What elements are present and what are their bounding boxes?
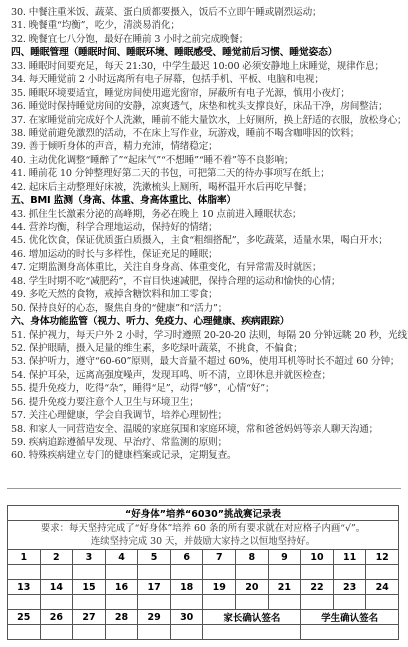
check-cell[interactable]: [105, 625, 138, 640]
day-label: 21: [268, 580, 301, 595]
check-cell[interactable]: [40, 625, 73, 640]
list-item: 35. 睡眠环境要适宜，睡觉房间使用遮光窗帘，屏蔽所有电子光源，慎用小夜灯；: [11, 87, 406, 100]
list-item: 43. 抓住生长激素分泌的高峰期，务必在晚上 10 点前进入睡眠状态；: [11, 208, 406, 221]
check-row-1: [8, 565, 399, 580]
list-item: 38. 睡觉前避免激烈的活动，不在床上写作业，玩游戏，睡前不喝含咖啡因的饮料；: [11, 127, 406, 140]
day-label: 1: [8, 550, 41, 565]
check-cell[interactable]: [268, 595, 301, 610]
check-cell[interactable]: [170, 565, 203, 580]
list-item: 50. 保持良好的心态，聚焦自身的“健康”和“活力”；: [11, 302, 406, 315]
check-cell[interactable]: [73, 595, 106, 610]
day-label: 25: [8, 610, 41, 625]
day-label: 24: [366, 580, 399, 595]
student-signature-label: 学生确认签名: [301, 610, 399, 625]
list-item: 37. 在家睡觉前完成好个人洗漱，睡前不能大量饮水，上好厕所，换上舒适的衣服，放…: [11, 114, 406, 127]
list-item: 39. 善于倾听身体的声音，精力充沛，情绪稳定；: [11, 140, 406, 153]
section-heading: 五、BMI 监测（身高、体重、身高体重比、体脂率）: [11, 194, 406, 207]
day-label: 9: [268, 550, 301, 565]
check-cell[interactable]: [236, 565, 269, 580]
table-requirement: 要求：每天坚持完成了“好身体”培养 60 条的所有要求就在对应格子内画“√”。 …: [8, 521, 399, 550]
check-cell[interactable]: [73, 565, 106, 580]
list-item: 52. 保护眼睛，摄入足量的维生素，多吃绿叶蔬菜，不挑食，不偏食；: [11, 342, 406, 355]
parent-signature-field[interactable]: [203, 625, 301, 640]
day-label: 2: [40, 550, 73, 565]
day-label: 28: [105, 610, 138, 625]
check-row-3: [8, 625, 399, 640]
day-label: 8: [236, 550, 269, 565]
list-item: 30. 中餐注重米饭、蔬菜、蛋白质都要摄入，饭后不立即午睡或剧烈运动；: [11, 6, 406, 19]
check-cell[interactable]: [105, 595, 138, 610]
day-label: 16: [105, 580, 138, 595]
check-cell[interactable]: [40, 595, 73, 610]
list-item: 34. 每天睡觉前 2 小时远离所有电子屏幕，包括手机、平板、电脑和电视；: [11, 73, 406, 86]
day-label: 6: [170, 550, 203, 565]
check-cell[interactable]: [73, 625, 106, 640]
day-label: 27: [73, 610, 106, 625]
list-item: 31. 晚餐重“均衡”，吃少，清淡易消化；: [11, 19, 406, 32]
day-label: 3: [73, 550, 106, 565]
list-item: 58. 和家人一同营造安全、温暖的家庭氛围和家庭环境，常和爸爸妈妈等亲人聊天沟通…: [11, 423, 406, 436]
day-number-row-2: 13 14 15 16 17 18 19 20 21 22 23 24: [8, 580, 399, 595]
check-cell[interactable]: [8, 595, 41, 610]
day-label: 5: [138, 550, 171, 565]
list-item: 47. 定期监测身高体重比，关注自身身高、体重变化，有异常需及时就医；: [11, 261, 406, 274]
section-heading: 六、身体功能监管（视力、听力、免疫力、心理健康、疾病跟踪）: [11, 315, 406, 328]
list-item: 55. 提升免疫力，吃得“杂”，睡得“足”，动得“够”，心情“好”；: [11, 382, 406, 395]
check-cell[interactable]: [170, 625, 203, 640]
check-cell[interactable]: [301, 595, 334, 610]
day-label: 22: [301, 580, 334, 595]
check-cell[interactable]: [203, 595, 236, 610]
day-number-row-1: 1 2 3 4 5 6 7 8 9 10 11 12: [8, 550, 399, 565]
day-label: 19: [203, 580, 236, 595]
day-label: 30: [170, 610, 203, 625]
check-cell[interactable]: [138, 625, 171, 640]
check-cell[interactable]: [333, 595, 366, 610]
day-label: 15: [73, 580, 106, 595]
day-label: 10: [301, 550, 334, 565]
check-cell[interactable]: [366, 595, 399, 610]
check-row-2: [8, 595, 399, 610]
table-title: “好身体”培养“6030”挑战赛记录表: [8, 506, 399, 521]
list-item: 57. 关注心理健康，学会自我调节，培养心理韧性；: [11, 409, 406, 422]
challenge-record-table: “好身体”培养“6030”挑战赛记录表 要求：每天坚持完成了“好身体”培养 60…: [7, 505, 399, 640]
list-item: 48. 学生时期不吃“减肥药”，不盲目快速减肥，保持合理的运动和愉快的心情；: [11, 275, 406, 288]
list-item: 32. 晚餐宜七八分饱，最好在睡前 3 小时之前完成晚餐；: [11, 33, 406, 46]
list-item: 42. 起床后主动整理好床被，洗漱梳头上厕所，喝杯温开水后再吃早餐；: [11, 181, 406, 194]
day-label: 20: [236, 580, 269, 595]
check-cell[interactable]: [366, 565, 399, 580]
check-cell[interactable]: [333, 565, 366, 580]
section-heading: 四、睡眠管理（睡眠时间、睡眠环境、睡眠感受、睡觉前后习惯、睡觉姿态）: [11, 46, 406, 59]
check-cell[interactable]: [8, 565, 41, 580]
check-cell[interactable]: [138, 565, 171, 580]
requirement-line-2: 连续坚持完成 30 天，并鼓励大家持之以恒地坚持好。: [8, 535, 398, 548]
day-label: 18: [170, 580, 203, 595]
student-signature-field[interactable]: [301, 625, 399, 640]
day-label: 12: [366, 550, 399, 565]
check-cell[interactable]: [203, 565, 236, 580]
check-cell[interactable]: [40, 565, 73, 580]
day-label: 26: [40, 610, 73, 625]
list-item: 36. 睡觉时保持睡觉房间的安静，凉爽透气，床垫和枕头支撑良好，床品干净，房间整…: [11, 100, 406, 113]
check-cell[interactable]: [8, 625, 41, 640]
check-cell[interactable]: [170, 595, 203, 610]
list-item: 44. 营养均衡，科学合理地运动，保持好的情绪；: [11, 221, 406, 234]
check-cell[interactable]: [301, 565, 334, 580]
list-item: 45. 优化饮食，保证优质蛋白质摄入，主食“粗细搭配”，多吃蔬菜，适量水果，喝白…: [11, 234, 406, 247]
list-item: 59. 疾病追踪遵循早发现、早治疗、常监测的原则；: [11, 436, 406, 449]
day-label: 14: [40, 580, 73, 595]
day-label: 29: [138, 610, 171, 625]
list-item: 40. 主动优化调整“睡醉了”“起床气”“不想睡”“睡不着”等不良影响；: [11, 154, 406, 167]
document-body: 30. 中餐注重米饭、蔬菜、蛋白质都要摄入，饭后不立即午睡或剧烈运动；31. 晚…: [11, 6, 406, 463]
list-item: 49. 多吃天然的食物，戒掉含糖饮料和加工零食；: [11, 288, 406, 301]
list-item: 54. 保护耳朵，远离高强度噪声，发现耳鸣、听不清，立即休息并就医检查；: [11, 369, 406, 382]
list-item: 41. 睡前花 10 分钟整理好第二天的书包，可把第二天的待办事项写在纸上；: [11, 167, 406, 180]
check-cell[interactable]: [236, 595, 269, 610]
check-cell[interactable]: [138, 595, 171, 610]
list-item: 46. 增加运动的时长与多样性，保证充足的睡眠；: [11, 248, 406, 261]
list-item: 53. 保护听力，遵守“60-60”原则，最大音量不超过 60%，使用耳机等时长…: [11, 355, 406, 368]
day-label: 23: [333, 580, 366, 595]
list-item: 60. 特殊疾病建立专门的健康档案或记录，定期复查。: [11, 449, 406, 462]
list-item: 33. 睡眠时间要充足，每天 21:30，中学生最迟 10:00 必须安静地上床…: [11, 60, 406, 73]
day-number-row-3: 25 26 27 28 29 30 家长确认签名 学生确认签名: [8, 610, 399, 625]
parent-signature-label: 家长确认签名: [203, 610, 301, 625]
list-item: 51. 保护视力，每天户外 2 小时，学习时遵照 20-20-20 法则，每隔 …: [11, 329, 406, 342]
list-item: 56. 提升免疫力要注意个人卫生与环境卫生；: [11, 396, 406, 409]
check-cell[interactable]: [105, 565, 138, 580]
check-cell[interactable]: [268, 565, 301, 580]
day-label: 7: [203, 550, 236, 565]
day-label: 17: [138, 580, 171, 595]
day-label: 13: [8, 580, 41, 595]
section-divider: [7, 488, 401, 489]
requirement-line-1: 要求：每天坚持完成了“好身体”培养 60 条的所有要求就在对应格子内画“√”。: [8, 522, 398, 535]
day-label: 11: [333, 550, 366, 565]
day-label: 4: [105, 550, 138, 565]
